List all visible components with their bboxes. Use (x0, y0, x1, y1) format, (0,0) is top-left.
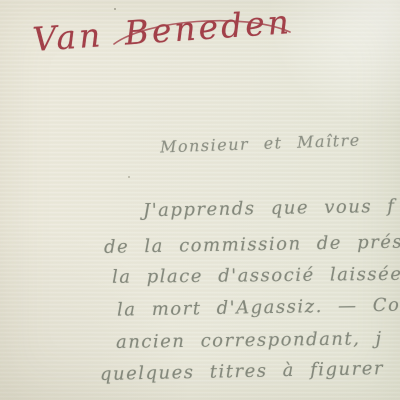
letter-scan: Van Beneden Monsieur et Maître J'apprend… (0, 0, 400, 400)
paper-speck (114, 8, 116, 10)
body-line: J'apprends que vous f (143, 196, 396, 221)
paper-speck (128, 176, 130, 178)
body-line: ancien correspondant, j (116, 328, 383, 353)
body-line: la place d'associé laissée vac (112, 263, 400, 288)
